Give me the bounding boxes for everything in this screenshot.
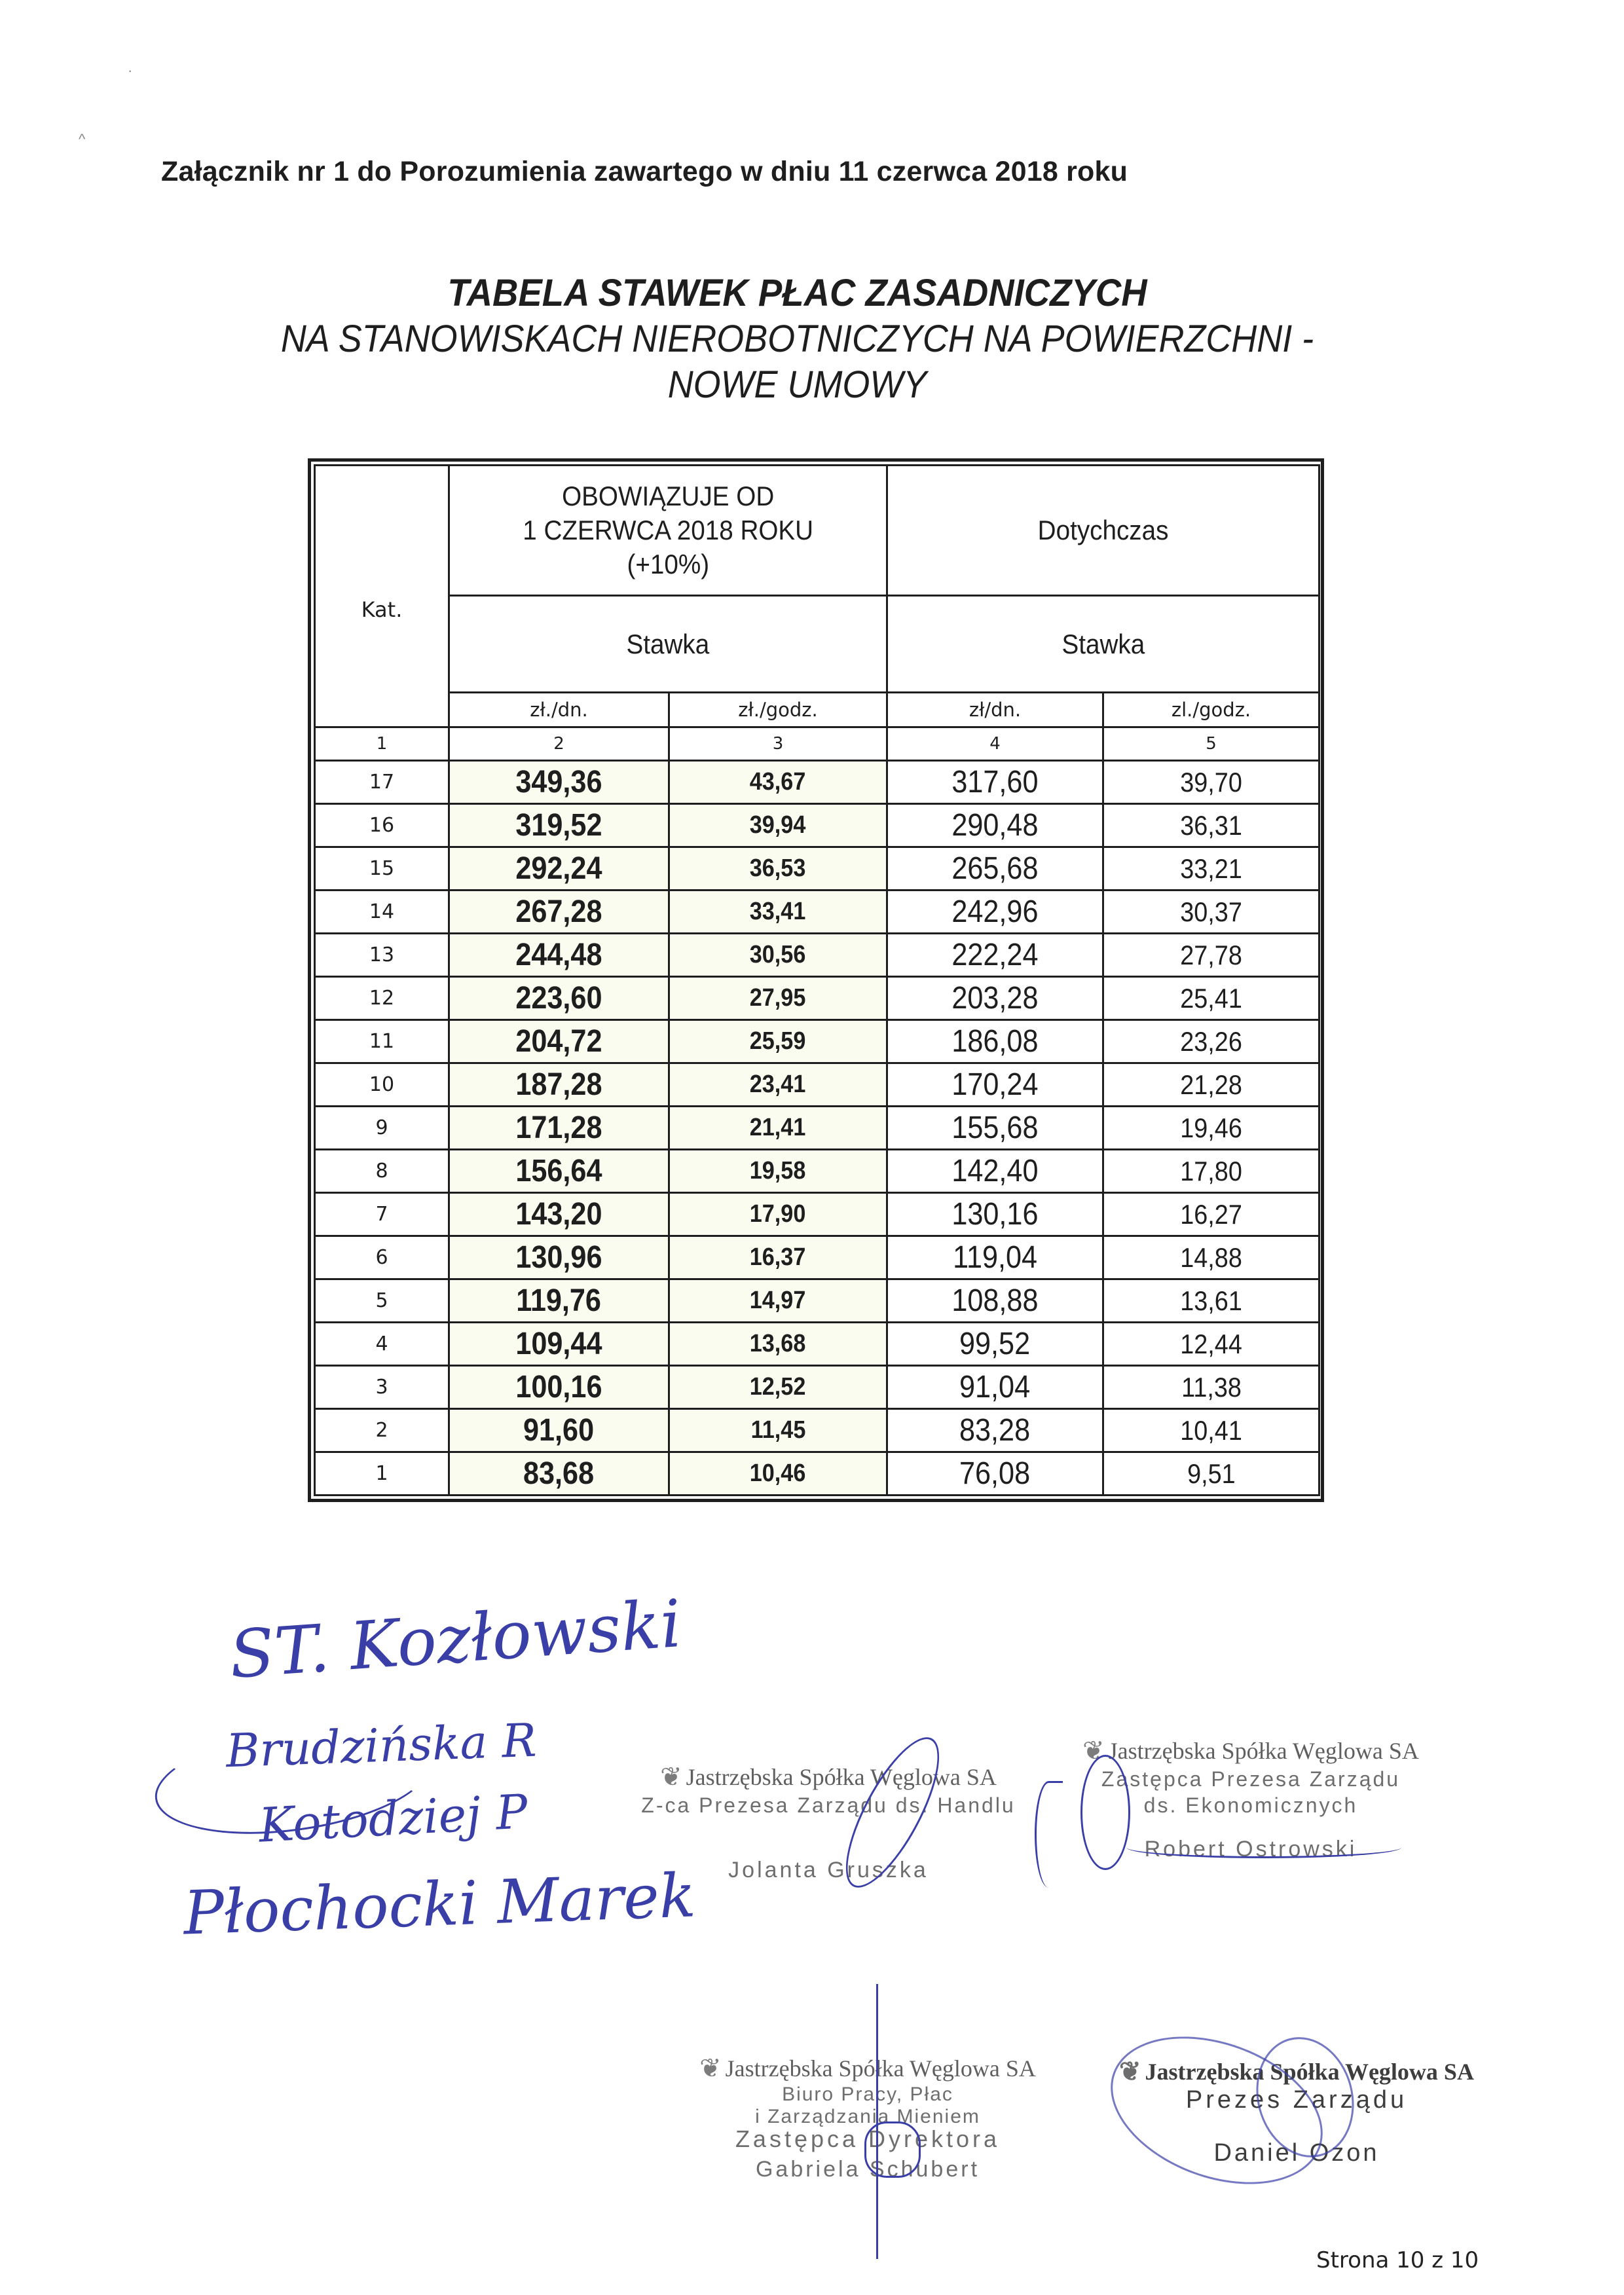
new-daily-rate-cell: 223,60 [449, 977, 669, 1020]
rate-table-frame: Kat. OBOWIĄZUJE OD 1 CZERWCA 2018 ROKU (… [308, 458, 1324, 1502]
column-number: 1 [315, 727, 449, 761]
new-hourly-rate-cell: 25,59 [669, 1020, 887, 1063]
new-hourly-rate-cell-value: 30,56 [750, 941, 806, 969]
old-daily-rate-cell-value: 91,04 [959, 1369, 1030, 1405]
new-hourly-rate-cell-value: 27,95 [750, 984, 806, 1012]
category-cell-value: 15 [369, 857, 394, 880]
table-row: 9171,2821,41155,6819,46 [315, 1107, 1319, 1150]
new-daily-rate-cell-value: 319,52 [515, 807, 602, 843]
table-row: 11204,7225,59186,0823,26 [315, 1020, 1319, 1063]
table-row: 16319,5239,94290,4836,31 [315, 804, 1319, 847]
old-daily-rate-cell-value: 317,60 [951, 764, 1038, 800]
old-hourly-rate-cell: 10,41 [1103, 1409, 1319, 1452]
table-row: 8156,6419,58142,4017,80 [315, 1150, 1319, 1193]
new-daily-rate-cell: 187,28 [449, 1063, 669, 1107]
old-hourly-rate-cell-value: 14,88 [1180, 1242, 1242, 1274]
new-daily-rate-cell: 204,72 [449, 1020, 669, 1063]
new-hourly-rate-cell-value: 12,52 [750, 1373, 806, 1401]
pen-stroke [1080, 1755, 1130, 1870]
new-daily-rate-cell-value: 171,28 [515, 1110, 602, 1146]
pen-stroke [1126, 1837, 1401, 1858]
old-daily-rate-cell-value: 155,68 [951, 1110, 1038, 1146]
old-daily-rate-cell-value: 76,08 [959, 1456, 1030, 1492]
header-category: Kat. [315, 466, 449, 727]
old-daily-rate-cell-value: 203,28 [951, 980, 1038, 1016]
category-cell: 9 [315, 1107, 449, 1150]
old-hourly-rate-cell: 13,61 [1103, 1279, 1319, 1323]
old-daily-rate-cell-value: 83,28 [959, 1412, 1030, 1448]
old-hourly-rate-cell-value: 27,78 [1180, 940, 1242, 971]
old-hourly-rate-cell-value: 11,38 [1181, 1372, 1242, 1403]
new-daily-rate-cell: 130,96 [449, 1236, 669, 1279]
new-daily-rate-cell: 156,64 [449, 1150, 669, 1193]
old-daily-rate-cell: 203,28 [887, 977, 1103, 1020]
new-hourly-rate-cell-value: 11,45 [750, 1416, 805, 1444]
header-old-rates: Dotychczas [887, 466, 1319, 596]
new-hourly-rate-cell-value: 43,67 [750, 768, 806, 796]
table-row: 7143,2017,90130,1616,27 [315, 1193, 1319, 1236]
new-daily-rate-cell: 244,48 [449, 934, 669, 977]
old-hourly-rate-cell: 9,51 [1103, 1452, 1319, 1496]
old-hourly-rate-cell: 11,38 [1103, 1366, 1319, 1409]
new-hourly-rate-cell: 36,53 [669, 847, 887, 890]
old-hourly-rate-cell-value: 21,28 [1180, 1069, 1242, 1101]
stamp-person: Jolanta Gruszka [625, 1858, 1031, 1883]
category-cell-value: 1 [375, 1462, 388, 1485]
new-daily-rate-cell-value: 292,24 [515, 851, 602, 887]
new-hourly-rate-cell: 12,52 [669, 1366, 887, 1409]
new-hourly-rate-cell: 13,68 [669, 1323, 887, 1366]
column-number: 5 [1103, 727, 1319, 761]
old-daily-rate-cell: 242,96 [887, 890, 1103, 934]
new-hourly-rate-cell-value: 21,41 [750, 1114, 806, 1142]
old-hourly-rate-cell-value: 12,44 [1180, 1329, 1242, 1360]
old-daily-rate-cell-value: 186,08 [951, 1023, 1038, 1059]
new-daily-rate-cell-value: 130,96 [515, 1239, 602, 1276]
category-cell: 8 [315, 1150, 449, 1193]
old-daily-rate-cell-value: 222,24 [951, 937, 1038, 973]
new-hourly-rate-cell: 27,95 [669, 977, 887, 1020]
category-cell: 10 [315, 1063, 449, 1107]
new-hourly-rate-cell: 39,94 [669, 804, 887, 847]
table-row: 14267,2833,41242,9630,37 [315, 890, 1319, 934]
column-number: 2 [449, 727, 669, 761]
category-cell: 1 [315, 1452, 449, 1496]
new-hourly-rate-cell-value: 16,37 [750, 1243, 806, 1272]
category-cell: 4 [315, 1323, 449, 1366]
category-cell-value: 16 [369, 814, 394, 837]
pen-stroke [1035, 1781, 1063, 1888]
old-hourly-rate-cell: 16,27 [1103, 1193, 1319, 1236]
new-hourly-rate-cell: 30,56 [669, 934, 887, 977]
category-cell-value: 17 [369, 771, 394, 794]
stamp-vice-president-trade: ❦ Jastrzębska Spółka Węglowa SA Z-ca Pre… [625, 1761, 1031, 1883]
old-hourly-rate-cell-value: 13,61 [1180, 1285, 1242, 1317]
table-row: 12223,6027,95203,2825,41 [315, 977, 1319, 1020]
new-daily-rate-cell: 267,28 [449, 890, 669, 934]
category-cell-value: 13 [369, 944, 394, 966]
table-row: 3100,1612,5291,0411,38 [315, 1366, 1319, 1409]
category-cell: 16 [315, 804, 449, 847]
header-new-line-1: OBOWIĄZUJE OD [562, 479, 774, 513]
category-cell: 13 [315, 934, 449, 977]
new-hourly-rate-cell-value: 14,97 [750, 1287, 806, 1315]
new-hourly-rate-cell: 43,67 [669, 761, 887, 804]
stamp-company: ❦ Jastrzębska Spółka Węglowa SA [1064, 1735, 1437, 1766]
category-cell-value: 2 [375, 1419, 388, 1442]
old-hourly-rate-cell: 36,31 [1103, 804, 1319, 847]
category-cell: 5 [315, 1279, 449, 1323]
new-hourly-rate-cell: 23,41 [669, 1063, 887, 1107]
new-daily-rate-cell-value: 223,60 [515, 980, 602, 1016]
old-daily-rate-cell: 186,08 [887, 1020, 1103, 1063]
new-daily-rate-cell-value: 91,60 [523, 1412, 594, 1448]
category-cell: 14 [315, 890, 449, 934]
old-daily-rate-cell-value: 142,40 [951, 1153, 1038, 1189]
salary-rate-table: Kat. OBOWIĄZUJE OD 1 CZERWCA 2018 ROKU (… [314, 464, 1320, 1496]
old-daily-rate-cell: 317,60 [887, 761, 1103, 804]
stamp-role: i Zarządzania Mieniem [684, 2106, 1051, 2128]
new-daily-rate-cell-value: 143,20 [515, 1196, 602, 1232]
category-cell-value: 12 [369, 987, 394, 1010]
old-hourly-rate-cell: 17,80 [1103, 1150, 1319, 1193]
scan-speck: ^ [79, 131, 85, 148]
old-hourly-rate-cell: 39,70 [1103, 761, 1319, 804]
new-daily-rate-cell: 171,28 [449, 1107, 669, 1150]
new-hourly-rate-cell-value: 39,94 [750, 811, 806, 839]
new-daily-rate-cell: 143,20 [449, 1193, 669, 1236]
new-daily-rate-cell-value: 109,44 [515, 1326, 602, 1362]
old-hourly-rate-cell: 12,44 [1103, 1323, 1319, 1366]
category-cell-value: 5 [375, 1289, 388, 1312]
new-hourly-rate-cell-value: 36,53 [750, 854, 806, 883]
new-daily-rate-cell-value: 349,36 [515, 764, 602, 800]
new-daily-rate-cell-value: 156,64 [515, 1153, 602, 1189]
table-row: 13244,4830,56222,2427,78 [315, 934, 1319, 977]
old-hourly-rate-cell-value: 39,70 [1180, 767, 1242, 798]
old-hourly-rate-cell-value: 17,80 [1180, 1156, 1242, 1187]
old-daily-rate-cell-value: 242,96 [951, 894, 1038, 930]
table-row: 291,6011,4583,2810,41 [315, 1409, 1319, 1452]
old-daily-rate-cell-value: 170,24 [951, 1067, 1038, 1103]
old-hourly-rate-cell: 33,21 [1103, 847, 1319, 890]
old-daily-rate-cell-value: 130,16 [951, 1196, 1038, 1232]
old-daily-rate-cell-value: 265,68 [951, 851, 1038, 887]
column-number: 3 [669, 727, 887, 761]
stamp-company-name: Jastrzębska Spółka Węglowa SA [1109, 1737, 1419, 1765]
new-daily-rate-cell-value: 83,68 [523, 1456, 594, 1492]
category-cell: 6 [315, 1236, 449, 1279]
new-daily-rate-cell: 91,60 [449, 1409, 669, 1452]
old-hourly-rate-cell-value: 9,51 [1187, 1458, 1236, 1490]
header-new-line-3: (+10%) [627, 547, 709, 581]
category-cell-value: 8 [375, 1160, 388, 1183]
new-hourly-rate-cell-value: 23,41 [750, 1071, 806, 1099]
new-daily-rate-cell-value: 244,48 [515, 937, 602, 973]
old-hourly-rate-cell: 23,26 [1103, 1020, 1319, 1063]
old-hourly-rate-cell-value: 16,27 [1180, 1199, 1242, 1230]
new-daily-rate-cell: 349,36 [449, 761, 669, 804]
category-cell: 15 [315, 847, 449, 890]
page-number: Strona 10 z 10 [1316, 2247, 1479, 2273]
column-number-row: 1 2 3 4 5 [315, 727, 1319, 761]
category-cell: 11 [315, 1020, 449, 1063]
old-hourly-rate-cell-value: 19,46 [1180, 1112, 1242, 1144]
category-cell: 3 [315, 1366, 449, 1409]
old-hourly-rate-cell: 19,46 [1103, 1107, 1319, 1150]
header-old-stawka: Stawka [887, 596, 1319, 693]
category-cell-value: 14 [369, 900, 394, 923]
table-row: 15292,2436,53265,6833,21 [315, 847, 1319, 890]
old-daily-rate-cell: 142,40 [887, 1150, 1103, 1193]
old-hourly-rate-cell-value: 25,41 [1180, 983, 1242, 1014]
new-daily-rate-cell-value: 267,28 [515, 894, 602, 930]
old-daily-rate-cell: 119,04 [887, 1236, 1103, 1279]
new-hourly-rate-cell-value: 10,46 [750, 1460, 806, 1488]
category-cell-value: 10 [369, 1073, 394, 1096]
stamp-company: ❦ Jastrzębska Spółka Węglowa SA [625, 1761, 1031, 1792]
company-logo-icon: ❦ [660, 1761, 682, 1792]
new-hourly-rate-cell-value: 19,58 [750, 1157, 806, 1185]
new-daily-rate-cell: 119,76 [449, 1279, 669, 1323]
old-daily-rate-cell-value: 99,52 [959, 1326, 1030, 1362]
unit-new-hour: zł./godz. [669, 693, 887, 727]
new-hourly-rate-cell: 11,45 [669, 1409, 887, 1452]
new-hourly-rate-cell-value: 25,59 [750, 1027, 806, 1056]
new-daily-rate-cell: 292,24 [449, 847, 669, 890]
new-daily-rate-cell: 319,52 [449, 804, 669, 847]
category-cell-value: 3 [375, 1376, 388, 1399]
old-hourly-rate-cell-value: 36,31 [1180, 810, 1242, 841]
handwritten-signature: Brudzińska R [225, 1714, 538, 1778]
pen-stroke [864, 2121, 921, 2178]
stamp-company: ❦ Jastrzębska Spółka Węglowa SA [684, 2053, 1051, 2084]
category-cell-value: 9 [375, 1116, 388, 1139]
stamp-company-name: Jastrzębska Spółka Węglowa SA [686, 1763, 997, 1791]
old-daily-rate-cell: 83,28 [887, 1409, 1103, 1452]
document-subtitle-2: NOWE UMOWY [202, 362, 1392, 408]
scan-speck: · [128, 62, 132, 79]
old-daily-rate-cell: 130,16 [887, 1193, 1103, 1236]
table-row: 5119,7614,97108,8813,61 [315, 1279, 1319, 1323]
table-row: 10187,2823,41170,2421,28 [315, 1063, 1319, 1107]
category-cell-value: 7 [375, 1203, 388, 1226]
category-cell-value: 6 [375, 1246, 388, 1269]
old-daily-rate-cell-value: 119,04 [953, 1239, 1037, 1276]
new-hourly-rate-cell-value: 33,41 [750, 898, 806, 926]
unit-old-day: zł/dn. [887, 693, 1103, 727]
new-hourly-rate-cell: 10,46 [669, 1452, 887, 1496]
stamp-role: Z-ca Prezesa Zarządu ds. Handlu [625, 1792, 1031, 1818]
category-cell: 12 [315, 977, 449, 1020]
old-daily-rate-cell: 91,04 [887, 1366, 1103, 1409]
old-hourly-rate-cell: 30,37 [1103, 890, 1319, 934]
header-category-label: Kat. [361, 597, 403, 622]
unit-new-day: zł./dn. [449, 693, 669, 727]
old-daily-rate-cell-value: 108,88 [951, 1283, 1038, 1319]
unit-old-hour: zl./godz. [1103, 693, 1319, 727]
old-hourly-rate-cell-value: 30,37 [1180, 896, 1242, 928]
new-hourly-rate-cell: 19,58 [669, 1150, 887, 1193]
handwritten-signature: ST. Kozłowski [227, 1585, 684, 1693]
new-daily-rate-cell: 109,44 [449, 1323, 669, 1366]
table-row: 4109,4413,6899,5212,44 [315, 1323, 1319, 1366]
header-new-stawka: Stawka [449, 596, 887, 693]
document-title: TABELA STAWEK PŁAC ZASADNICZYCH [196, 270, 1399, 316]
new-daily-rate-cell-value: 204,72 [515, 1023, 602, 1059]
old-hourly-rate-cell: 14,88 [1103, 1236, 1319, 1279]
new-hourly-rate-cell: 21,41 [669, 1107, 887, 1150]
table-row: 6130,9616,37119,0414,88 [315, 1236, 1319, 1279]
old-hourly-rate-cell-value: 23,26 [1180, 1026, 1242, 1057]
category-cell: 17 [315, 761, 449, 804]
stamp-role: Biuro Pracy, Płac [684, 2084, 1051, 2106]
old-daily-rate-cell: 265,68 [887, 847, 1103, 890]
old-daily-rate-cell: 99,52 [887, 1323, 1103, 1366]
new-daily-rate-cell: 100,16 [449, 1366, 669, 1409]
company-logo-icon: ❦ [699, 2053, 722, 2084]
category-cell: 2 [315, 1409, 449, 1452]
old-hourly-rate-cell: 25,41 [1103, 977, 1319, 1020]
old-daily-rate-cell-value: 290,48 [951, 807, 1038, 843]
new-hourly-rate-cell: 16,37 [669, 1236, 887, 1279]
new-hourly-rate-cell: 14,97 [669, 1279, 887, 1323]
handwritten-signature: Płochocki Marek [182, 1860, 697, 1948]
document-subtitle: NA STANOWISKACH NIEROBOTNICZYCH NA POWIE… [202, 316, 1392, 362]
category-cell: 7 [315, 1193, 449, 1236]
old-daily-rate-cell: 108,88 [887, 1279, 1103, 1323]
category-cell-value: 4 [375, 1332, 388, 1355]
new-hourly-rate-cell-value: 13,68 [750, 1330, 806, 1358]
old-daily-rate-cell: 290,48 [887, 804, 1103, 847]
header-new-line-2: 1 CZERWCA 2018 ROKU [523, 513, 813, 547]
annex-heading: Załącznik nr 1 do Porozumienia zawartego… [161, 156, 1274, 188]
header-old-label: Dotychczas [1038, 513, 1169, 547]
header-old-stawka-label: Stawka [1061, 629, 1145, 660]
new-hourly-rate-cell: 17,90 [669, 1193, 887, 1236]
old-daily-rate-cell: 76,08 [887, 1452, 1103, 1496]
old-hourly-rate-cell: 27,78 [1103, 934, 1319, 977]
old-daily-rate-cell: 155,68 [887, 1107, 1103, 1150]
new-daily-rate-cell-value: 119,76 [517, 1283, 602, 1319]
table-row: 17349,3643,67317,6039,70 [315, 761, 1319, 804]
header-new-rates: OBOWIĄZUJE OD 1 CZERWCA 2018 ROKU (+10%) [449, 466, 887, 596]
category-cell-value: 11 [369, 1030, 394, 1053]
column-number: 4 [887, 727, 1103, 761]
new-daily-rate-cell-value: 187,28 [515, 1067, 602, 1103]
table-row: 183,6810,4676,089,51 [315, 1452, 1319, 1496]
old-hourly-rate-cell-value: 33,21 [1180, 853, 1242, 885]
new-daily-rate-cell-value: 100,16 [515, 1369, 602, 1405]
old-hourly-rate-cell: 21,28 [1103, 1063, 1319, 1107]
old-daily-rate-cell: 222,24 [887, 934, 1103, 977]
old-hourly-rate-cell-value: 10,41 [1180, 1415, 1242, 1446]
old-daily-rate-cell: 170,24 [887, 1063, 1103, 1107]
new-daily-rate-cell: 83,68 [449, 1452, 669, 1496]
new-hourly-rate-cell-value: 17,90 [750, 1200, 806, 1228]
header-new-stawka-label: Stawka [627, 629, 710, 660]
new-hourly-rate-cell: 33,41 [669, 890, 887, 934]
